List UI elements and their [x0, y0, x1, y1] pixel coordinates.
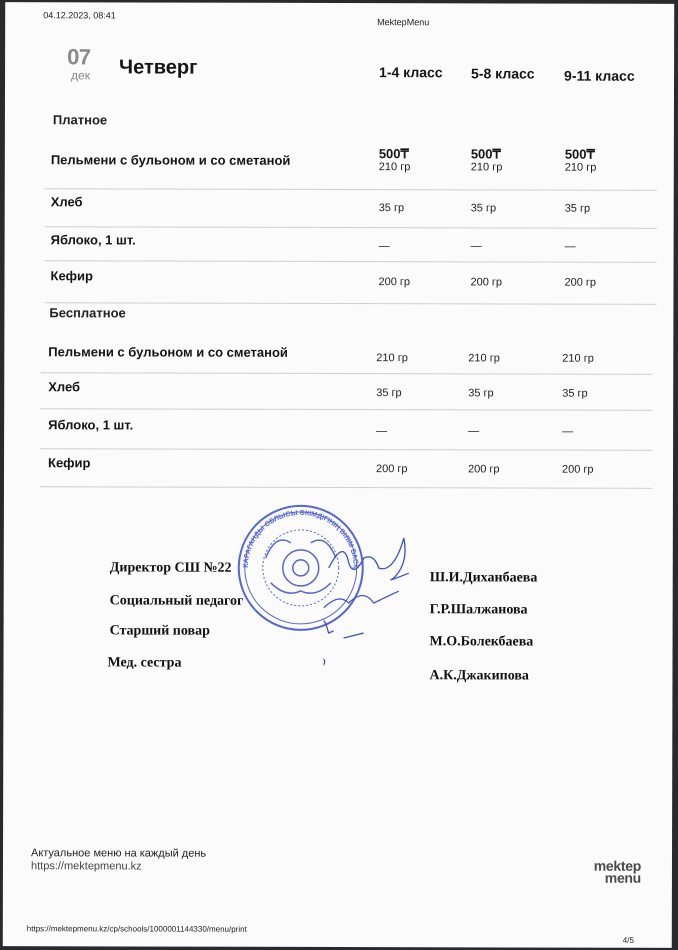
- portion-weight: 35 гр: [565, 203, 590, 216]
- row-divider: [40, 408, 652, 411]
- footer-tagline: Актуальное меню на каждый день: [31, 847, 206, 859]
- signatory-name: М.О.Болекбаева: [430, 634, 534, 650]
- row-divider: [45, 226, 657, 229]
- day-month: дек: [71, 68, 90, 82]
- menu-cell: —: [565, 241, 576, 254]
- menu-cell: 200 гр: [376, 463, 408, 476]
- footer-site-link[interactable]: https://mektepmenu.kz: [31, 860, 142, 872]
- row-divider: [45, 260, 657, 263]
- dish-name: Кефир: [48, 455, 91, 470]
- portion-weight: 210 гр: [562, 353, 594, 366]
- menu-cell: 35 гр: [379, 202, 404, 215]
- weekday-title: Четверг: [119, 56, 197, 79]
- portion-weight: 200 гр: [562, 464, 594, 477]
- section-title: Бесплатное: [49, 305, 125, 320]
- menu-cell: 200 гр: [468, 463, 500, 476]
- menu-cell: 500₸210 гр: [471, 147, 503, 174]
- menu-cell: 200 гр: [378, 276, 410, 289]
- column-header-1-4: 1-4 класс: [379, 64, 443, 80]
- portion-weight: —: [379, 240, 390, 253]
- dish-name: Хлеб: [51, 194, 83, 209]
- portion-weight: —: [376, 425, 387, 438]
- signatory-role: Старший повар: [110, 623, 210, 639]
- portion-weight: 35 гр: [468, 387, 493, 400]
- dish-name: Пельмени с бульоном и со сметаной: [51, 152, 291, 168]
- portion-weight: 200 гр: [378, 276, 410, 289]
- row-divider: [45, 188, 657, 191]
- mektepmenu-logo: mektep menu: [581, 860, 641, 884]
- signatory-role: Директор СШ №22: [110, 560, 232, 576]
- menu-cell: 200 гр: [562, 464, 594, 477]
- handwritten-signatures: [323, 533, 418, 683]
- menu-cell: 35 гр: [376, 387, 401, 400]
- section-title: Платное: [53, 112, 107, 127]
- printed-page: 04.12.2023, 08:41 MektepMenu 07 дек Четв…: [3, 2, 674, 948]
- menu-cell: 200 гр: [564, 277, 596, 290]
- price: 500₸: [565, 148, 597, 162]
- portion-weight: 210 гр: [565, 162, 597, 175]
- signatory-role: Социальный педагог: [110, 593, 244, 609]
- portion-weight: 210 гр: [468, 352, 500, 365]
- portion-weight: —: [562, 426, 573, 439]
- menu-cell: —: [471, 240, 482, 253]
- portion-weight: 35 гр: [471, 202, 496, 215]
- print-site-title: MektepMenu: [377, 17, 429, 27]
- column-header-9-11: 9-11 класс: [564, 68, 635, 84]
- logo-line-2: menu: [581, 872, 641, 884]
- portion-weight: 210 гр: [471, 161, 503, 174]
- dish-name: Кефир: [51, 268, 94, 283]
- portion-weight: 200 гр: [376, 463, 408, 476]
- price: 500₸: [379, 147, 411, 161]
- column-header-5-8: 5-8 класс: [471, 65, 535, 81]
- row-divider: [40, 448, 652, 451]
- portion-weight: 35 гр: [376, 387, 401, 400]
- menu-cell: 200 гр: [470, 276, 502, 289]
- day-number: 07: [67, 44, 91, 70]
- signatory-name: Г.Р.Шалжанова: [430, 602, 528, 618]
- portion-weight: —: [471, 240, 482, 253]
- price: 500₸: [471, 147, 503, 161]
- signatory-role: Мед. сестра: [107, 655, 181, 671]
- menu-cell: 210 гр: [562, 353, 594, 366]
- menu-cell: —: [376, 425, 387, 438]
- portion-weight: —: [565, 241, 576, 254]
- menu-cell: 35 гр: [471, 202, 496, 215]
- menu-cell: 500₸210 гр: [565, 148, 597, 175]
- menu-cell: —: [379, 240, 390, 253]
- portion-weight: —: [468, 425, 479, 438]
- menu-cell: 210 гр: [376, 352, 408, 365]
- print-url: https://mektepmenu.kz/cp/schools/1000001…: [27, 924, 247, 934]
- portion-weight: 35 гр: [379, 202, 404, 215]
- row-divider: [40, 372, 652, 375]
- row-divider: [40, 486, 652, 489]
- signature-block: Директор СШ №22Ш.И.ДиханбаеваСоциальный …: [5, 2, 674, 4]
- dish-name: Хлеб: [48, 379, 80, 394]
- portion-weight: 200 гр: [564, 277, 596, 290]
- dish-name: Пельмени с бульоном и со сметаной: [48, 344, 288, 360]
- menu-cell: —: [562, 426, 573, 439]
- menu-cell: —: [468, 425, 479, 438]
- signatory-name: Ш.И.Диханбаева: [430, 570, 538, 586]
- portion-weight: 200 гр: [470, 276, 502, 289]
- print-datetime: 04.12.2023, 08:41: [43, 10, 116, 20]
- page-counter: 4/5: [623, 936, 634, 945]
- dish-name: Яблоко, 1 шт.: [48, 417, 133, 432]
- row-divider: [44, 302, 656, 305]
- menu-table: ПлатноеПельмени с бульоном и со сметаной…: [5, 2, 674, 4]
- menu-cell: 35 гр: [468, 387, 493, 400]
- menu-cell: 35 гр: [565, 203, 590, 216]
- menu-cell: 500₸210 гр: [379, 147, 411, 174]
- portion-weight: 210 гр: [379, 161, 411, 174]
- menu-cell: 35 гр: [562, 388, 587, 401]
- dish-name: Яблоко, 1 шт.: [51, 232, 136, 247]
- portion-weight: 35 гр: [562, 388, 587, 401]
- portion-weight: 210 гр: [376, 352, 408, 365]
- signatory-name: А.К.Джакипова: [429, 668, 529, 684]
- menu-cell: 210 гр: [468, 352, 500, 365]
- portion-weight: 200 гр: [468, 463, 500, 476]
